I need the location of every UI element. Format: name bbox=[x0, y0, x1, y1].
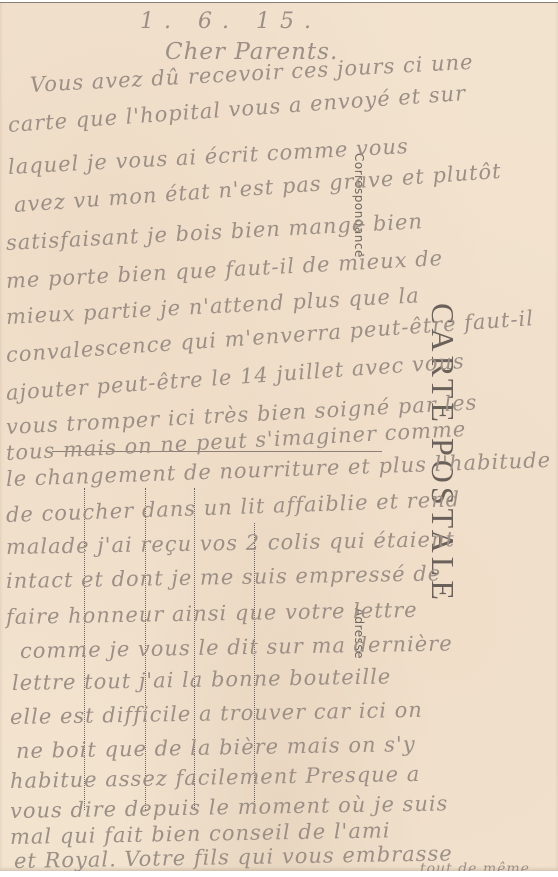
signature-line-2: tout de même bbox=[420, 861, 530, 871]
date: 1. 6. 15. bbox=[140, 9, 321, 34]
message-line: de coucher dans un lit affaiblie et rend bbox=[6, 487, 461, 527]
postcard-back: Correspondance Adresse CARTE POSTALE 1. … bbox=[0, 2, 558, 871]
message-line: satisfaisant je bois bien mange bien bbox=[5, 209, 423, 255]
message-line: malade j'ai reçu vos 2 colis qui étaient bbox=[6, 527, 455, 559]
message-line: intact et dont je me suis empressé de bbox=[6, 561, 442, 593]
message-line: comme je vous le dit sur ma dernière bbox=[20, 631, 453, 663]
message-line: faire honneur ainsi que votre lettre bbox=[6, 598, 418, 629]
handwritten-message: 1. 6. 15. Cher Parents. Vous avez dû rec… bbox=[0, 3, 558, 871]
message-line: habitue assez facilement Presque a bbox=[10, 762, 421, 793]
message-line: lettre tout j'ai la bonne bouteille bbox=[12, 664, 392, 695]
message-line: elle est difficile a trouver car ici on bbox=[10, 698, 423, 729]
message-line: ne boit que de la bière mais on s'y bbox=[16, 732, 416, 763]
